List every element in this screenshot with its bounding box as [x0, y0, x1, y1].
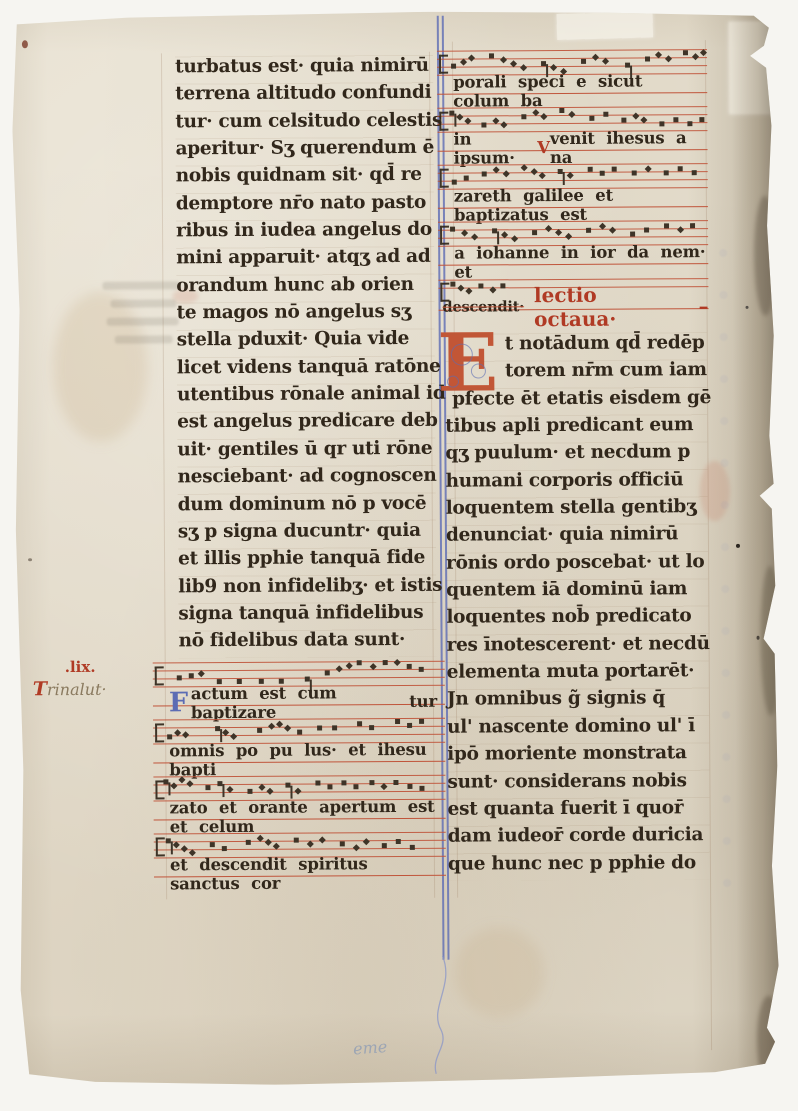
neume [170, 782, 177, 789]
neume [482, 171, 487, 176]
neume [353, 784, 358, 789]
chant-lyric: a iohanne in ior da nem· et [438, 247, 708, 276]
neume [357, 660, 362, 665]
neume [520, 64, 527, 71]
neume [407, 664, 412, 669]
neume [222, 729, 229, 736]
neume [687, 121, 692, 126]
neume [603, 112, 608, 117]
neume [198, 670, 205, 677]
neume [222, 846, 227, 851]
neume [266, 788, 273, 795]
neume [394, 659, 401, 666]
text-line: tibus apli predicant eum [445, 414, 707, 443]
music-system: in ipsum· V venit ihesus a na [437, 103, 707, 162]
neume [182, 731, 189, 738]
neume [395, 719, 400, 724]
neume [226, 786, 233, 793]
neume [257, 835, 264, 842]
text-line: uit· gentiles ū qr uti rōne [177, 438, 435, 467]
neume [565, 233, 572, 240]
text-line: que hunc nec p pphie do [448, 852, 710, 881]
neume [332, 725, 337, 730]
neume [178, 776, 185, 783]
neume [460, 59, 467, 66]
neume [545, 225, 552, 232]
neume [478, 283, 483, 288]
neume [383, 660, 388, 665]
neume [521, 164, 528, 171]
neume [167, 734, 172, 739]
neume [407, 784, 412, 789]
text-line: ribus in iudea angelus do [176, 219, 434, 248]
text-line: te magos nō angelus sʒ [176, 301, 434, 330]
text-line: sunt· considerans nobis [447, 770, 709, 799]
neume [341, 780, 346, 785]
neume [555, 229, 562, 236]
neume [567, 172, 574, 179]
lyric-descendit: descendit· [442, 298, 524, 315]
neume [559, 108, 564, 113]
text-line: loquentes nob̄ predicato [446, 606, 708, 635]
text-line: aperitur· Sʒ querendum ē [175, 137, 433, 166]
neume [456, 114, 463, 121]
neume [305, 677, 310, 682]
lectio-text: t notādum qd̄ redēptorem nr̄m cum iampfe… [445, 332, 710, 880]
show-through-text [107, 317, 179, 325]
neume [363, 838, 370, 845]
neume [166, 838, 171, 843]
neume [664, 223, 669, 228]
left-column-music: Factum est cum baptizareturomnis po pu l… [153, 658, 446, 888]
neume [599, 223, 606, 230]
penwork-curl [431, 915, 441, 925]
neume [181, 845, 188, 852]
show-through-text [110, 299, 176, 307]
right-column-music: porali speci e sicut colum bain ipsum· V… [437, 46, 708, 276]
text-line: est angelus predicare deb [177, 410, 435, 439]
neume [294, 838, 299, 843]
c-clef-icon [440, 226, 449, 245]
margin-note-text: rinalut· [47, 680, 107, 699]
neume [592, 54, 599, 61]
neume [319, 836, 326, 843]
neume [217, 781, 222, 786]
text-line: terrena altitudo confundi [175, 82, 433, 111]
text-line: t notādum qd̄ redēp [505, 332, 707, 361]
neume [673, 117, 678, 122]
text-line: nesciebant· ad cognoscen [177, 465, 435, 494]
manuscript-leaf: turbatus est· quia nimirūterrena altitud… [9, 6, 786, 1091]
neume [317, 725, 322, 730]
music-system: et descendit spiritus sanctus cor [154, 829, 446, 888]
neume [645, 56, 650, 61]
text-line: tur· cum celsitudo celestis [175, 109, 433, 138]
tape-remnant [556, 11, 653, 40]
lyric-tail: tur [409, 692, 445, 711]
neume [644, 227, 649, 232]
show-through-text [115, 335, 173, 343]
neume [205, 785, 210, 790]
show-through-text [102, 281, 180, 289]
neume [621, 118, 626, 123]
neume [258, 784, 265, 791]
neume [501, 231, 508, 238]
right-column-heading-block: descendit· lectio octaua· – [438, 274, 708, 321]
lyric-text: et descendit spiritus sanctus cor [170, 853, 446, 893]
neume [163, 779, 168, 784]
speck [757, 636, 760, 640]
neume [481, 122, 486, 127]
text-line: ul' nascente domino ul' ī [447, 715, 709, 744]
edge-blotch [760, 566, 781, 716]
neume [284, 725, 291, 732]
c-clef-icon [440, 169, 449, 188]
neume [589, 116, 594, 121]
neume [464, 118, 471, 125]
neume [683, 50, 688, 55]
rubric-line-filler: – [698, 294, 708, 318]
neume [369, 725, 374, 730]
margin-note-initial: T [33, 678, 47, 700]
text-line: signa tanquā infidelibus [178, 602, 436, 631]
left-column-text: turbatus est· quia nimirūterrena altitud… [175, 55, 437, 658]
neume [340, 841, 345, 846]
speck [28, 558, 32, 561]
neume [173, 841, 180, 848]
neume [632, 171, 637, 176]
neume [493, 166, 500, 173]
neume [532, 230, 537, 235]
text-line: Jn omnibus g̃ signis q̄ [447, 688, 709, 717]
neume [600, 171, 605, 176]
neume [678, 166, 683, 171]
neume [700, 49, 707, 56]
neume [489, 53, 494, 58]
neume [625, 63, 630, 68]
neume [550, 64, 557, 71]
text-line: dam iudeor̄ corde duricia [448, 824, 710, 853]
text-line: elementa muta portarēt· [447, 660, 709, 689]
neume [369, 780, 374, 785]
neume [273, 843, 280, 850]
neume [690, 223, 695, 228]
text-line: lib9 non infidelibʒ· et istis [178, 574, 436, 603]
neume [268, 723, 275, 730]
text-line: denunciat· quia nimirū [446, 524, 708, 553]
neume [521, 114, 526, 119]
music-system: a iohanne in ior da nem· et [438, 217, 708, 276]
ink-spot [22, 40, 28, 48]
neume [489, 286, 496, 293]
chant-lyric: Factum est cum baptizaretur [153, 688, 445, 717]
neume [645, 165, 652, 172]
music-system: porali speci e sicut colum ba [437, 46, 707, 105]
neume [503, 170, 510, 177]
chant-lyric: zareth galilee et baptizatus est [438, 190, 708, 219]
neume [677, 226, 684, 233]
c-clef-icon [439, 112, 448, 131]
neume [307, 840, 314, 847]
neume [511, 235, 518, 242]
text-line: turbatus est· quia nimirū [175, 55, 433, 84]
neume [558, 169, 563, 174]
neume [539, 172, 546, 179]
chant-lyric: porali speci e sicut colum ba [437, 76, 707, 105]
pencil-inscription: eme [352, 1037, 387, 1059]
neume [246, 840, 251, 845]
neume [449, 111, 454, 116]
neume [492, 117, 499, 124]
neume [664, 170, 669, 175]
neume [393, 780, 398, 785]
neume [659, 121, 664, 126]
neume [457, 285, 464, 292]
neume [581, 59, 586, 64]
neume [492, 228, 497, 233]
neume [471, 233, 478, 240]
stain [52, 292, 148, 443]
chant-lyric: in ipsum· V venit ihesus a na [437, 133, 707, 162]
neume [336, 665, 343, 672]
music-system: Factum est cum baptizaretur [153, 658, 445, 717]
text-line: qʒ puulum· et necdum p [445, 441, 707, 470]
neume [699, 117, 704, 122]
neume [346, 662, 353, 669]
edge-blotch [757, 996, 782, 1086]
text-line: mini apparuit· atqʒ ad ad [176, 246, 434, 275]
penwork-curl [427, 42, 434, 49]
chant-lyric: zato et orante apertum est et celum [154, 802, 446, 831]
text-line: pfecte ēt etatis eisdem gē [452, 387, 707, 416]
text-line: demptore nr̄o nato pasto [176, 191, 434, 220]
neume [276, 721, 283, 728]
neume [630, 232, 635, 237]
text-line: dum dominum nō p vocē [178, 492, 436, 521]
c-clef-icon [439, 55, 448, 74]
neume [357, 721, 362, 726]
right-column-lectio: E t notādum qd̄ redēptorem nr̄m cum iamp… [445, 332, 710, 880]
text-line: stella pduxit· Quia vide [177, 328, 435, 357]
neume [612, 167, 617, 172]
neume [464, 176, 469, 181]
text-line: ipō moriente monstrata [447, 742, 709, 771]
neume [315, 780, 320, 785]
neume [450, 227, 455, 232]
neume [665, 55, 672, 62]
neume [461, 230, 468, 237]
text-line: humani corporis officiū [446, 469, 708, 498]
text-line: nobis quidnam sit· qd̄ re [176, 164, 434, 193]
neume [500, 121, 507, 128]
rubric-lectio-octava: lectio octaua· [534, 282, 691, 331]
neume [540, 113, 547, 120]
c-clef-icon [155, 723, 164, 742]
neume [174, 729, 181, 736]
neume [327, 784, 332, 789]
lyric-text: V [537, 138, 550, 157]
neume [500, 56, 507, 63]
neume [419, 719, 424, 724]
neume [285, 783, 290, 788]
neume [177, 675, 182, 680]
neume [468, 55, 475, 62]
neume [632, 112, 639, 119]
border-tail-flourish [414, 956, 475, 1076]
neume [450, 282, 455, 287]
text-line: utentibus rōnale animal id [177, 383, 435, 412]
neume [186, 780, 193, 787]
text-line: et illis pphie tanquā fide [178, 547, 436, 576]
text-line: loquentem stella gentibʒ [446, 496, 708, 525]
neume [325, 670, 330, 675]
neume [451, 64, 456, 69]
c-clef-icon [156, 837, 165, 856]
neume [410, 845, 415, 850]
speck [736, 544, 740, 548]
music-system: zato et orante apertum est et celum [153, 772, 445, 831]
text-line: quentem iā dominū iam [446, 578, 708, 607]
neume [531, 168, 538, 175]
neume [541, 61, 546, 66]
text-line: rōnis ordo poscebat· ut lo [446, 551, 708, 580]
lyric-initial: F [169, 693, 188, 713]
neume [500, 283, 505, 288]
neume [419, 786, 424, 791]
neume [396, 839, 401, 844]
text-line: est quanta fuerit ī quor̄ [448, 797, 710, 826]
neume [532, 109, 539, 116]
neume [210, 842, 215, 847]
neume [586, 228, 591, 233]
music-system: omnis po pu lus· et ihesu bapti [153, 715, 445, 774]
text-line: sʒ p signa ducuntr· quia [178, 520, 436, 549]
text-line: orandum hunc ab orien [176, 274, 434, 303]
neume [419, 667, 424, 672]
neume [257, 728, 262, 733]
neume [380, 783, 387, 790]
neume [407, 723, 412, 728]
text-line: res īnotescerent· et necdū [447, 633, 709, 662]
neume [294, 788, 301, 795]
neume [692, 53, 699, 60]
marginalia: .lix. Trinalut· [33, 657, 163, 700]
neume [265, 839, 272, 846]
music-system: zareth galilee et baptizatus est [438, 160, 708, 219]
neume [353, 844, 360, 851]
speck [746, 306, 749, 309]
neume [230, 733, 237, 740]
text-line: nō fidelibus data sunt· [179, 629, 437, 658]
neume [609, 227, 616, 234]
chant-lyric: et descendit spiritus sanctus cor [154, 859, 446, 888]
folio-number: .lix. [33, 657, 163, 676]
neume [215, 726, 220, 731]
neume [692, 170, 697, 175]
neume [189, 673, 194, 678]
neume [370, 663, 377, 670]
neume [568, 111, 575, 118]
text-line: licet videns tanquā ratōne [177, 356, 435, 385]
neume [382, 843, 387, 848]
neume [640, 116, 647, 123]
edge-blotch [754, 196, 777, 316]
neume [297, 730, 302, 735]
margin-note: Trinalut· [33, 677, 163, 700]
neume [602, 58, 609, 65]
neume [247, 789, 252, 794]
neume [588, 167, 593, 172]
neume [452, 180, 457, 185]
chant-lyric: omnis po pu lus· et ihesu bapti [153, 745, 445, 774]
neume [510, 60, 517, 67]
text-line: torem nr̄m cum iam [505, 359, 707, 388]
neume [655, 51, 662, 58]
